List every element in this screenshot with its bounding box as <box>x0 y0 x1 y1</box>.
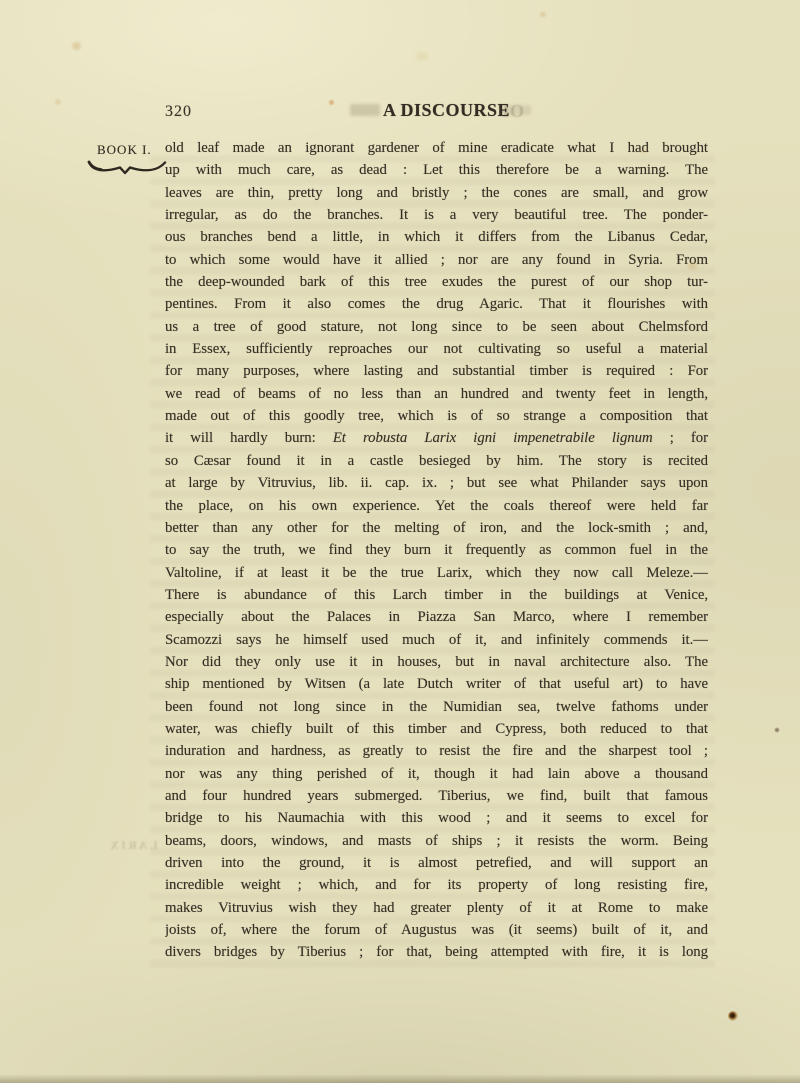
text-line: beams, doors, windows, and masts of ship… <box>165 830 708 852</box>
text-line: pentines. From it also comes the drug Ag… <box>165 293 708 315</box>
paper-fleck <box>416 52 428 61</box>
bleedthrough-margin-text: LARIX <box>108 840 158 852</box>
paper-fleck <box>540 12 546 17</box>
text-line: ous branches bend a little, in which it … <box>165 226 708 248</box>
text-line: better than any other for the melting of… <box>165 517 708 539</box>
text-line: driven into the ground, it is almost pet… <box>165 852 708 874</box>
foxing-stain <box>728 1011 738 1021</box>
text-line: for many purposes, where lasting and sub… <box>165 360 708 382</box>
text-line: makes Vitruvius wish they had greater pl… <box>165 897 708 919</box>
text-line: divers bridges by Tiberius ; for that, b… <box>165 941 708 963</box>
text-line: irregular, as do the branches. It is a v… <box>165 204 708 226</box>
text-line: Scamozzi says he himself used much of it… <box>165 629 708 651</box>
text-line: so Cæsar found it in a castle besieged b… <box>165 450 708 472</box>
brace-ornament-icon <box>86 158 168 176</box>
text-line: to which some would have it allied ; nor… <box>165 249 708 271</box>
text-line: to say the truth, we find they burn it f… <box>165 539 708 561</box>
text-line: we read of beams of no less than an hund… <box>165 383 708 405</box>
paper-fleck <box>55 99 61 105</box>
text-line: especially about the Palaces in Piazza S… <box>165 606 708 628</box>
text-line: There is abundance of this Larch timber … <box>165 584 708 606</box>
running-title: A DISCOURSE <box>383 101 510 119</box>
text-line: nor was any thing perished of it, though… <box>165 763 708 785</box>
text-line: at large by Vitruvius, lib. ii. cap. ix.… <box>165 472 708 494</box>
paper-fleck <box>72 42 81 50</box>
text-line: Valtoline, if at least it be the true La… <box>165 562 708 584</box>
text-line: the place, on his own experience. Yet th… <box>165 495 708 517</box>
text-line: up with much care, as dead : Let this th… <box>165 159 708 181</box>
bleedthrough-smudge <box>350 104 380 116</box>
text-line: been found not long since in the Numidia… <box>165 696 708 718</box>
text-line: us a tree of good stature, not long sinc… <box>165 316 708 338</box>
text-line: Nor did they only use it in houses, but … <box>165 651 708 673</box>
text-line: joists of, where the forum of Augustus w… <box>165 919 708 941</box>
text-line: the deep-wounded bark of this tree exude… <box>165 271 708 293</box>
page-number: 320 <box>165 104 192 120</box>
text-line: water, was chiefly built of this timber … <box>165 718 708 740</box>
page-bottom-edge-shadow <box>0 1074 800 1083</box>
margin-book-label: BOOK I. <box>97 143 152 156</box>
body-text-column: old leaf made an ignorant gardener of mi… <box>165 137 708 964</box>
text-line: induration and hardness, as greatly to r… <box>165 740 708 762</box>
text-line: ship mentioned by Witsen (a late Dutch w… <box>165 673 708 695</box>
text-line: old leaf made an ignorant gardener of mi… <box>165 137 708 159</box>
text-line: leaves are thin, pretty long and bristly… <box>165 182 708 204</box>
ink-speck <box>774 727 780 733</box>
paper-fleck <box>329 100 334 105</box>
text-segment: it will hardly burn: <box>165 430 333 446</box>
text-line: and four hundred years submerged. Tiberi… <box>165 785 708 807</box>
text-line: bridge to his Naumachia with this wood ;… <box>165 807 708 829</box>
scanned-book-page: { "colors": { "paper": "#e5e0bd", "ink":… <box>0 0 800 1083</box>
latin-quote-italic: Et robusta Larix igni impenetrabile lign… <box>333 430 653 446</box>
text-segment: ; for <box>653 430 708 446</box>
text-line-latin-quote: it will hardly burn: Et robusta Larix ig… <box>165 427 708 449</box>
text-line: incredible weight ; which, and for its p… <box>165 874 708 896</box>
text-line: in Essex, sufficiently reproaches our no… <box>165 338 708 360</box>
text-line: made out of this goodly tree, which is o… <box>165 405 708 427</box>
